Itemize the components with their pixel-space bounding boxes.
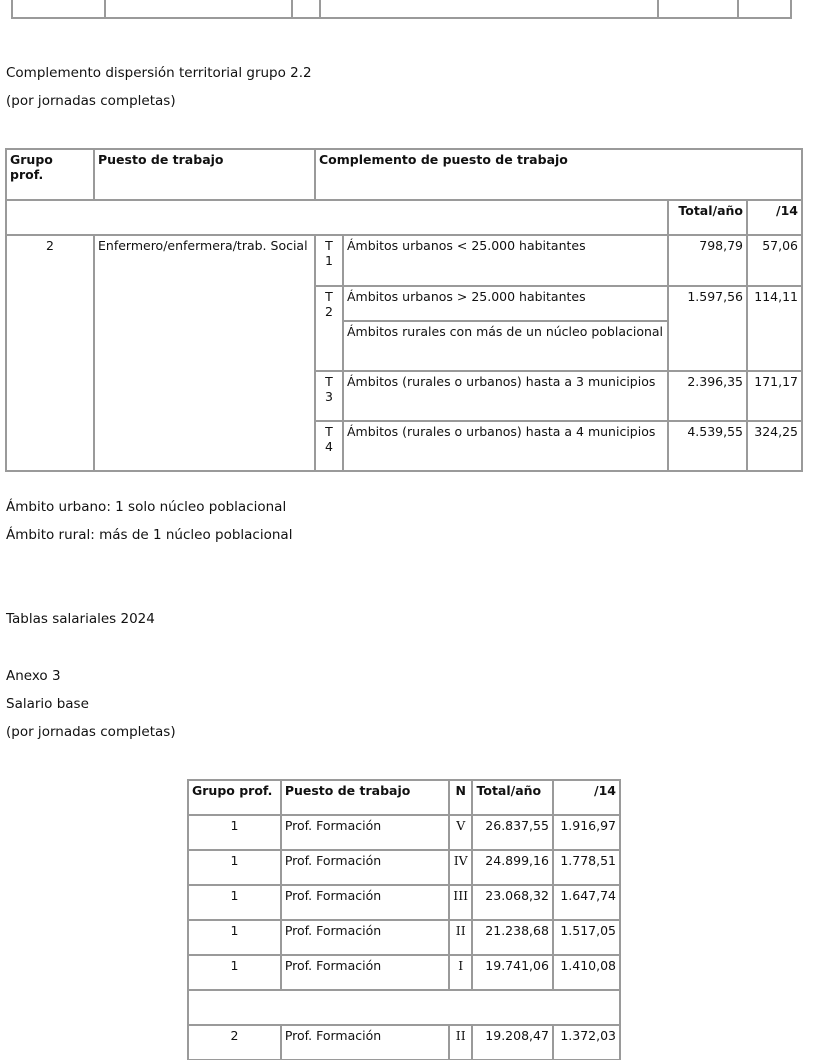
cell-grupo: 1: [188, 885, 281, 920]
cell-n: IV: [449, 850, 473, 885]
cell-ambito: Ámbitos rurales con más de un núcleo pob…: [343, 321, 668, 371]
table-row: 1 Prof. Formación IV 24.899,16 1.778,51: [188, 850, 620, 885]
cell-per14: 114,11: [747, 286, 802, 371]
header-puesto: Puesto de trabajo: [281, 780, 449, 815]
fragment-cell: [12, 0, 105, 18]
subheader-empty: [6, 200, 668, 235]
cell-total-anio: 26.837,55: [472, 815, 552, 850]
cell-total-anio: 2.396,35: [668, 371, 747, 421]
cell-total-anio: 1.597,56: [668, 286, 747, 371]
header-grupo: Grupo prof.: [188, 780, 281, 815]
fragment-cell: [292, 0, 320, 18]
table-header-row: Grupo prof. Puesto de trabajo N Total/añ…: [188, 780, 620, 815]
cell-grupo: 1: [188, 815, 281, 850]
cell-puesto: Prof. Formación: [281, 920, 449, 955]
cell-puesto: Prof. Formación: [281, 1025, 449, 1060]
section2-title: Salario base: [6, 696, 89, 712]
cell-per14: 324,25: [747, 421, 802, 471]
cell-puesto: Prof. Formación: [281, 850, 449, 885]
cell-total-anio: 19.208,47: [472, 1025, 552, 1060]
cell-per14: 1.517,05: [553, 920, 620, 955]
table-row: 2 Enfermero/enfermera/trab. Social T1 Ám…: [6, 235, 802, 286]
header-per14: /14: [747, 200, 802, 235]
header-total-anio: Total/año: [668, 200, 747, 235]
cell-per14: 1.372,03: [553, 1025, 620, 1060]
cell-per14: 171,17: [747, 371, 802, 421]
cell-n: II: [449, 1025, 473, 1060]
cell-total-anio: 23.068,32: [472, 885, 552, 920]
note-rural: Ámbito rural: más de 1 núcleo poblaciona…: [6, 527, 292, 543]
table-row: 1 Prof. Formación III 23.068,32 1.647,74: [188, 885, 620, 920]
cell-total-anio: 21.238,68: [472, 920, 552, 955]
section1-subtitle: (por jornadas completas): [6, 93, 176, 109]
cell-per14: 1.916,97: [553, 815, 620, 850]
cell-grupo: 1: [188, 955, 281, 990]
cell-ambito: Ámbitos urbanos > 25.000 habitantes: [343, 286, 668, 321]
cell-per14: 1.778,51: [553, 850, 620, 885]
cell-n: I: [449, 955, 473, 990]
table-row: 1 Prof. Formación V 26.837,55 1.916,97: [188, 815, 620, 850]
cell-n: III: [449, 885, 473, 920]
fragment-cell: [320, 0, 658, 18]
cell-n: II: [449, 920, 473, 955]
fragment-cell: [105, 0, 292, 18]
cell-tramo: T2: [315, 286, 343, 371]
cell-total-anio: 4.539,55: [668, 421, 747, 471]
header-total-anio: Total/año: [472, 780, 552, 815]
cell-tramo: T4: [315, 421, 343, 471]
note-urbano: Ámbito urbano: 1 solo núcleo poblacional: [6, 499, 286, 515]
table-row: 1 Prof. Formación II 21.238,68 1.517,05: [188, 920, 620, 955]
cell-total-anio: 24.899,16: [472, 850, 552, 885]
table-spacer-row: [188, 990, 620, 1025]
cell-puesto: Prof. Formación: [281, 955, 449, 990]
dispersion-table: Grupo prof. Puesto de trabajo Complement…: [5, 148, 803, 472]
cell-total-anio: 19.741,06: [472, 955, 552, 990]
cell-ambito: Ámbitos urbanos < 25.000 habitantes: [343, 235, 668, 286]
header-n: N: [449, 780, 473, 815]
cell-ambito: Ámbitos (rurales o urbanos) hasta a 3 mu…: [343, 371, 668, 421]
cell-per14: 1.410,08: [553, 955, 620, 990]
cell-grupo: 2: [6, 235, 94, 471]
table-header-row: Grupo prof. Puesto de trabajo Complement…: [6, 149, 802, 200]
cell-total-anio: 798,79: [668, 235, 747, 286]
cell-per14: 1.647,74: [553, 885, 620, 920]
spacer-cell: [188, 990, 620, 1025]
cell-n: V: [449, 815, 473, 850]
cell-grupo: 2: [188, 1025, 281, 1060]
section1-title: Complemento dispersión territorial grupo…: [6, 65, 312, 81]
fragment-cell: [738, 0, 791, 18]
section2-subtitle: (por jornadas completas): [6, 724, 176, 740]
header-puesto: Puesto de trabajo: [94, 149, 315, 200]
previous-table-fragment: [11, 0, 792, 19]
salario-base-table: Grupo prof. Puesto de trabajo N Total/añ…: [187, 779, 621, 1060]
cell-puesto: Prof. Formación: [281, 815, 449, 850]
header-complemento: Complemento de puesto de trabajo: [315, 149, 802, 200]
table-subheader-row: Total/año /14: [6, 200, 802, 235]
cell-tramo: T1: [315, 235, 343, 286]
header-grupo: Grupo prof.: [6, 149, 94, 200]
fragment-cell: [658, 0, 738, 18]
header-per14: /14: [553, 780, 620, 815]
section2-annex: Anexo 3: [6, 668, 61, 684]
cell-per14: 57,06: [747, 235, 802, 286]
table-row: 2 Prof. Formación II 19.208,47 1.372,03: [188, 1025, 620, 1060]
cell-grupo: 1: [188, 920, 281, 955]
cell-ambito: Ámbitos (rurales o urbanos) hasta a 4 mu…: [343, 421, 668, 471]
cell-puesto: Enfermero/enfermera/trab. Social: [94, 235, 315, 471]
cell-tramo: T3: [315, 371, 343, 421]
table-row: 1 Prof. Formación I 19.741,06 1.410,08: [188, 955, 620, 990]
section2-heading: Tablas salariales 2024: [6, 611, 155, 627]
cell-grupo: 1: [188, 850, 281, 885]
cell-puesto: Prof. Formación: [281, 885, 449, 920]
